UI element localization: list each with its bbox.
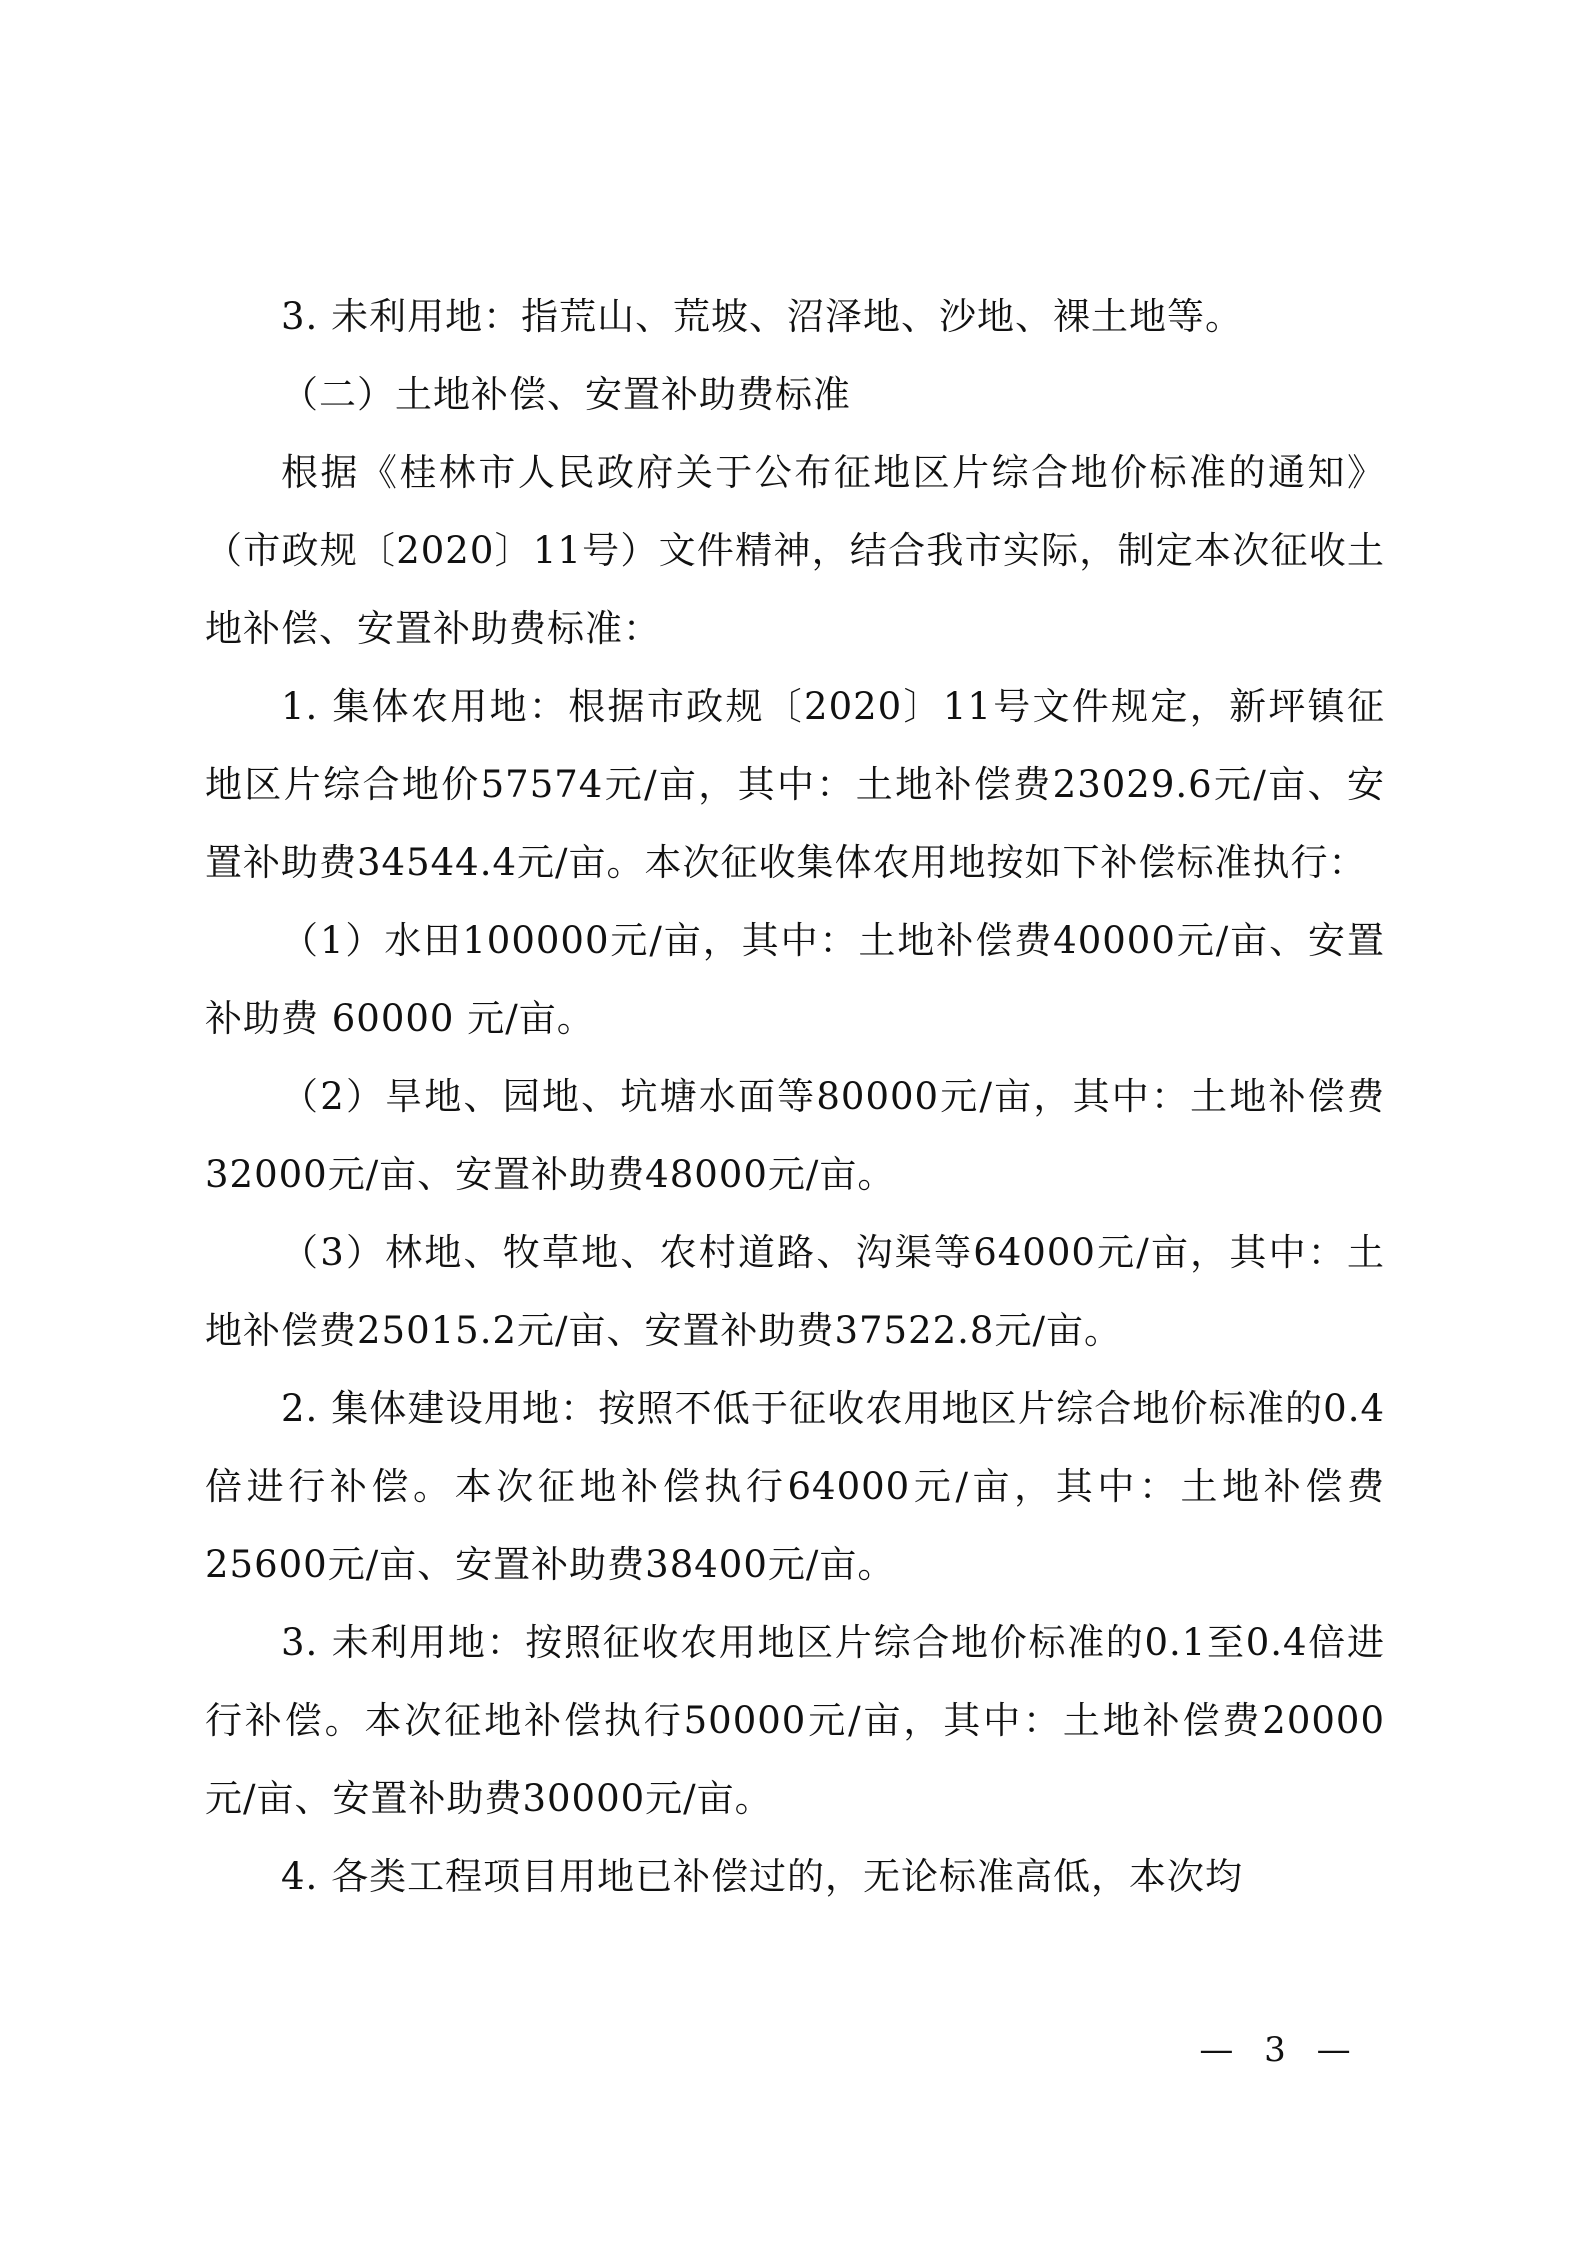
paragraph-dry-land: （2）旱地、园地、坑塘水面等80000元/亩，其中：土地补偿费32000元/亩、… [205,1058,1385,1214]
page-number: — 3 — [1190,2030,1370,2070]
paragraph-forest-land: （3）林地、牧草地、农村道路、沟渠等64000元/亩，其中：土地补偿费25015… [205,1214,1385,1370]
document-page: 3. 未利用地：指荒山、荒坡、沼泽地、沙地、裸土地等。 （二）土地补偿、安置补助… [205,278,1385,1916]
paragraph-unused-land-definition: 3. 未利用地：指荒山、荒坡、沼泽地、沙地、裸土地等。 [205,278,1385,356]
paragraph-paddy-field: （1）水田100000元/亩，其中：土地补偿费40000元/亩、安置补助费 60… [205,902,1385,1058]
paragraph-collective-construction-land: 2. 集体建设用地：按照不低于征收农用地区片综合地价标准的0.4倍进行补偿。本次… [205,1370,1385,1604]
paragraph-previously-compensated: 4. 各类工程项目用地已补偿过的，无论标准高低，本次均 [205,1838,1385,1916]
paragraph-unused-land-compensation: 3. 未利用地：按照征收农用地区片综合地价标准的0.1至0.4倍进行补偿。本次征… [205,1604,1385,1838]
paragraph-collective-agricultural-land: 1. 集体农用地：根据市政规〔2020〕11号文件规定，新坪镇征地区片综合地价5… [205,668,1385,902]
paragraph-basis: 根据《桂林市人民政府关于公布征地区片综合地价标准的通知》（市政规〔2020〕11… [205,434,1385,668]
section-heading-compensation-standards: （二）土地补偿、安置补助费标准 [205,356,1385,434]
